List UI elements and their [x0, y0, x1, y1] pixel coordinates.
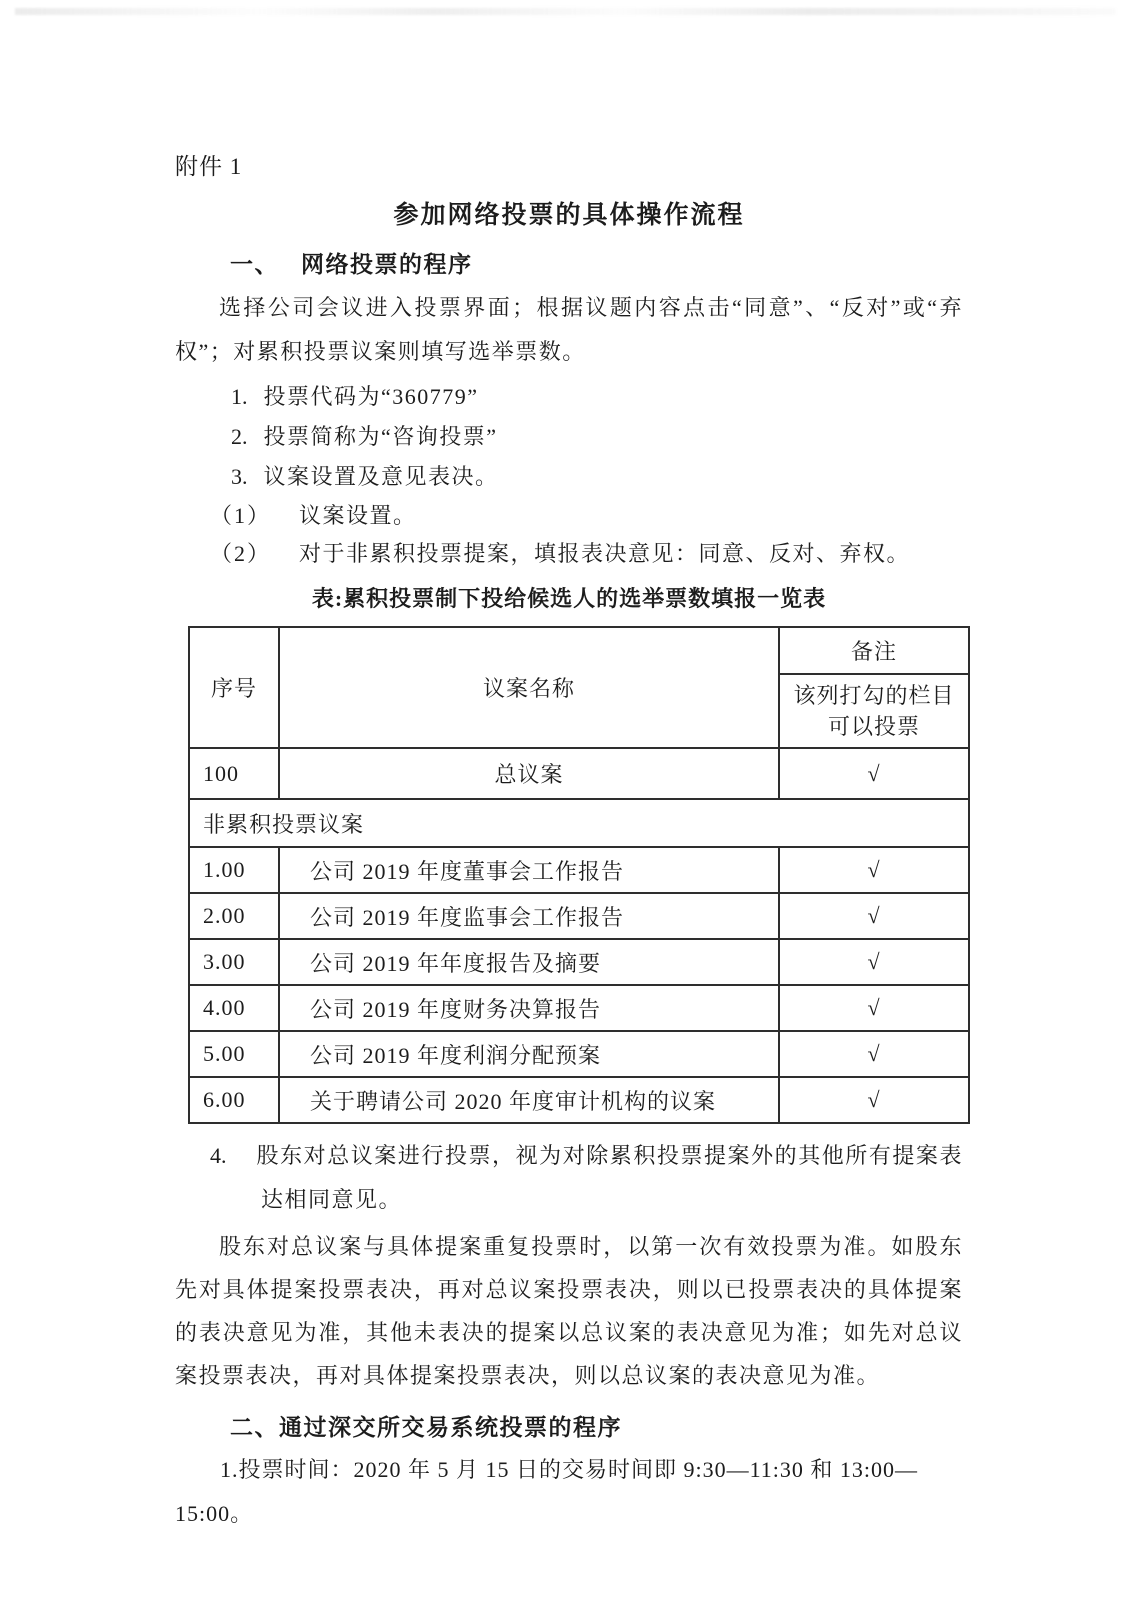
- cell-no: 1.00: [189, 847, 279, 893]
- check-mark: √: [779, 748, 969, 799]
- table-row: 6.00 关于聘请公司 2020 年度审计机构的议案 √: [189, 1077, 969, 1123]
- vote-table: 序号 议案名称 备注 该列打勾的栏目可以投票 100 总议案 √ 非累积投票议案…: [188, 626, 970, 1124]
- list-item-2: 2.投票简称为“咨询投票”: [175, 417, 963, 457]
- header-cell-name: 议案名称: [279, 627, 779, 748]
- sub-item-2-number: （2）: [210, 541, 271, 566]
- cell-no: 6.00: [189, 1077, 279, 1123]
- scan-noise-top: [15, 8, 1116, 15]
- attachment-label: 附件 1: [175, 148, 963, 181]
- cell-name: 公司 2019 年年度报告及摘要: [279, 939, 779, 985]
- sub-item-1-number: （1）: [210, 503, 271, 528]
- list-item-1-number: 1.: [231, 384, 248, 409]
- check-mark: √: [779, 939, 969, 985]
- check-mark: √: [779, 847, 969, 893]
- list-item-3-number: 3.: [231, 464, 248, 489]
- table-row: 2.00 公司 2019 年度监事会工作报告 √: [189, 893, 969, 939]
- check-mark: √: [779, 893, 969, 939]
- cell-name: 公司 2019 年度财务决算报告: [279, 985, 779, 1031]
- cell-name: 关于聘请公司 2020 年度审计机构的议案: [279, 1077, 779, 1123]
- section-2-heading: 二、通过深交所交易系统投票的程序: [175, 1409, 963, 1442]
- section-1-heading-text: 网络投票的程序: [301, 252, 473, 277]
- voting-time-line: 1.投票时间：2020 年 5 月 15 日的交易时间即 9:30—11:30 …: [175, 1448, 963, 1536]
- table-header-row: 序号 议案名称 备注: [189, 627, 969, 674]
- header-cell-note-sub: 该列打勾的栏目可以投票: [779, 674, 969, 748]
- sub-item-2-text: 对于非累积投票提案，填报表决意见：同意、反对、弃权。: [299, 541, 910, 566]
- list-item-3-text: 议案设置及意见表决。: [264, 464, 499, 489]
- sub-item-2: （2）对于非累积投票提案，填报表决意见：同意、反对、弃权。: [175, 535, 963, 573]
- cell-no: 100: [189, 748, 279, 799]
- table-caption: 表:累积投票制下投给候选人的选举票数填报一览表: [175, 582, 963, 613]
- table-row-general: 100 总议案 √: [189, 748, 969, 799]
- cell-name: 公司 2019 年度利润分配预案: [279, 1031, 779, 1077]
- section-1-heading: 一、网络投票的程序: [175, 246, 963, 279]
- table-row: 5.00 公司 2019 年度利润分配预案 √: [189, 1031, 969, 1077]
- table-row: 4.00 公司 2019 年度财务决算报告 √: [189, 985, 969, 1031]
- sub-item-1: （1）议案设置。: [175, 497, 963, 535]
- section-1-number: 一、: [230, 252, 279, 277]
- table-row: 3.00 公司 2019 年年度报告及摘要 √: [189, 939, 969, 985]
- list-item-4-text: 股东对总议案进行投票，视为对除累积投票提案外的其他所有提案表达相同意见。: [257, 1143, 964, 1212]
- cell-no: 4.00: [189, 985, 279, 1031]
- cell-name: 公司 2019 年度董事会工作报告: [279, 847, 779, 893]
- numbered-list: 1.投票代码为“360779” 2.投票简称为“咨询投票” 3.议案设置及意见表…: [175, 377, 963, 573]
- header-cell-no: 序号: [189, 627, 279, 748]
- list-item-1-text: 投票代码为“360779”: [264, 384, 479, 409]
- intro-paragraph: 选择公司会议进入投票界面；根据议题内容点击“同意”、“反对”或“弃权”；对累积投…: [175, 286, 963, 374]
- sub-item-1-text: 议案设置。: [299, 503, 417, 528]
- list-item-1: 1.投票代码为“360779”: [175, 377, 963, 417]
- check-mark: √: [779, 1077, 969, 1123]
- document-page: 附件 1 参加网络投票的具体操作流程 一、网络投票的程序 选择公司会议进入投票界…: [175, 148, 963, 1536]
- divider-label: 非累积投票议案: [189, 799, 969, 847]
- cell-name: 公司 2019 年度监事会工作报告: [279, 893, 779, 939]
- list-item-4: 4.股东对总议案进行投票，视为对除累积投票提案外的其他所有提案表达相同意见。: [175, 1134, 963, 1222]
- cell-name: 总议案: [279, 748, 779, 799]
- cell-no: 2.00: [189, 893, 279, 939]
- header-cell-note: 备注: [779, 627, 969, 674]
- table-row: 1.00 公司 2019 年度董事会工作报告 √: [189, 847, 969, 893]
- check-mark: √: [779, 985, 969, 1031]
- table-row-divider: 非累积投票议案: [189, 799, 969, 847]
- list-item-4-number: 4.: [210, 1143, 227, 1168]
- list-item-2-number: 2.: [231, 424, 248, 449]
- list-item-2-text: 投票简称为“咨询投票”: [264, 424, 498, 449]
- voting-rule-paragraph: 股东对总议案与具体提案重复投票时，以第一次有效投票为准。如股东先对具体提案投票表…: [175, 1225, 963, 1397]
- cell-no: 3.00: [189, 939, 279, 985]
- document-title: 参加网络投票的具体操作流程: [175, 195, 963, 231]
- list-item-3: 3.议案设置及意见表决。: [175, 457, 963, 497]
- cell-no: 5.00: [189, 1031, 279, 1077]
- check-mark: √: [779, 1031, 969, 1077]
